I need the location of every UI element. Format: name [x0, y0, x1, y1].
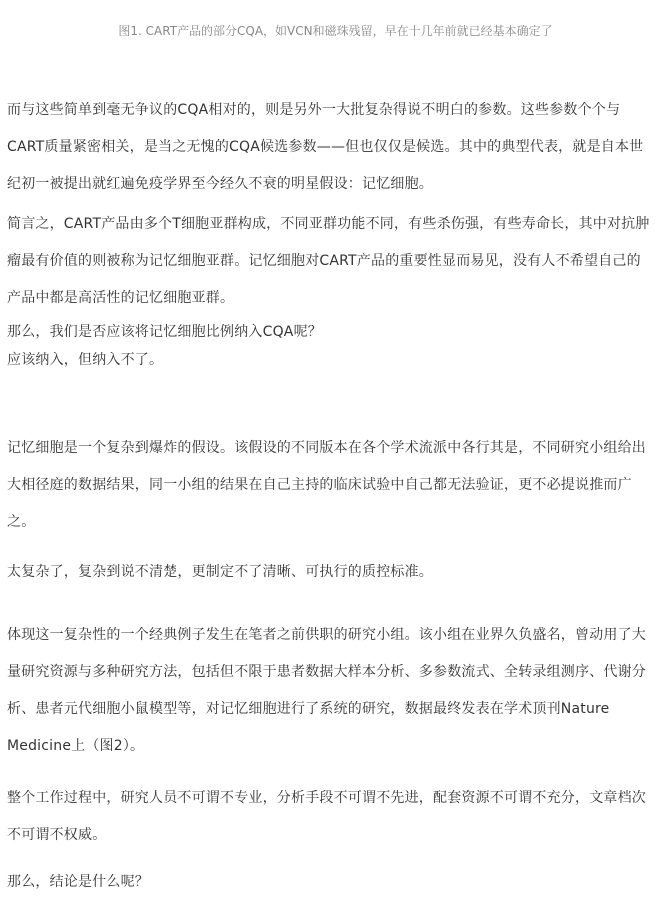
text-line: 析、患者元代细胞小鼠模型等，对记忆细胞进行了系统的研究，数据最终发表在学术顶刊N…: [7, 691, 667, 728]
paragraph-professional-work: 整个工作过程中，研究人员不可谓不专业，分析手段不可谓不先进，配套资源不可谓不充分…: [7, 780, 667, 854]
paragraph-conclusion-question: 那么，结论是什么呢？: [7, 864, 667, 900]
paragraph-memory-subsets: 简言之，CART产品由多个T细胞亚群构成，不同亚群功能不同，有些杀伤强，有些寿命…: [7, 206, 667, 317]
paragraph-complex-hypothesis: 记忆细胞是一个复杂到爆炸的假设。该假设的不同版本在各个学术流派中各行其是，不同研…: [7, 430, 667, 541]
text-line: 不可谓不权威。: [7, 817, 667, 854]
text-line: 那么，我们是否应该将记忆细胞比例纳入CQA呢？: [7, 318, 667, 346]
paragraph-research-example: 体现这一复杂性的一个经典例子发生在笔者之前供职的研究小组。该小组在业界久负盛名，…: [7, 617, 667, 765]
text-line: 瘤最有价值的则被称为记忆细胞亚群。记忆细胞对CART产品的重要性显而易见，没有人…: [7, 243, 667, 280]
text-line: 量研究资源与多种研究方法，包括但不限于患者数据大样本分析、多参数流式、全转录组测…: [7, 654, 667, 691]
text-line: CART质量紧密相关，是当之无愧的CQA候选参数——但也仅仅是候选。其中的典型代…: [7, 129, 667, 166]
text-line: 应该纳入，但纳入不了。: [7, 346, 667, 374]
text-line: 大相径庭的数据结果，同一小组的结果在自己主持的临床试验中自己都无法验证，更不必提…: [7, 467, 667, 504]
text-line: 简言之，CART产品由多个T细胞亚群构成，不同亚群功能不同，有些杀伤强，有些寿命…: [7, 206, 667, 243]
text-line: 之。: [7, 504, 667, 541]
text-line: 那么，结论是什么呢？: [7, 864, 667, 900]
paragraph-cqa-candidates: 而与这些简单到毫无争议的CQA相对的，则是另外一大批复杂得说不明白的参数。这些参…: [7, 92, 667, 203]
text-line: 太复杂了，复杂到说不清楚，更制定不了清晰、可执行的质控标准。: [7, 554, 667, 591]
text-line: 纪初一被提出就红遍免疫学界至今经久不衰的明星假设：记忆细胞。: [7, 166, 667, 203]
paragraph-too-complex: 太复杂了，复杂到说不清楚，更制定不了清晰、可执行的质控标准。: [7, 554, 667, 591]
text-line: Medicine上（图2）。: [7, 728, 667, 765]
text-line: 产品中都是高活性的记忆细胞亚群。: [7, 280, 667, 317]
text-line: 整个工作过程中，研究人员不可谓不专业，分析手段不可谓不先进，配套资源不可谓不充分…: [7, 780, 667, 817]
text-line: 而与这些简单到毫无争议的CQA相对的，则是另外一大批复杂得说不明白的参数。这些参…: [7, 92, 667, 129]
text-line: 体现这一复杂性的一个经典例子发生在笔者之前供职的研究小组。该小组在业界久负盛名，…: [7, 617, 667, 654]
paragraph-question: 那么，我们是否应该将记忆细胞比例纳入CQA呢？ 应该纳入，但纳入不了。: [7, 318, 667, 374]
text-line: 记忆细胞是一个复杂到爆炸的假设。该假设的不同版本在各个学术流派中各行其是，不同研…: [7, 430, 667, 467]
figure-caption: 图1. CART产品的部分CQA，如VCN和磁珠残留，早在十几年前就已经基本确定…: [0, 22, 671, 40]
